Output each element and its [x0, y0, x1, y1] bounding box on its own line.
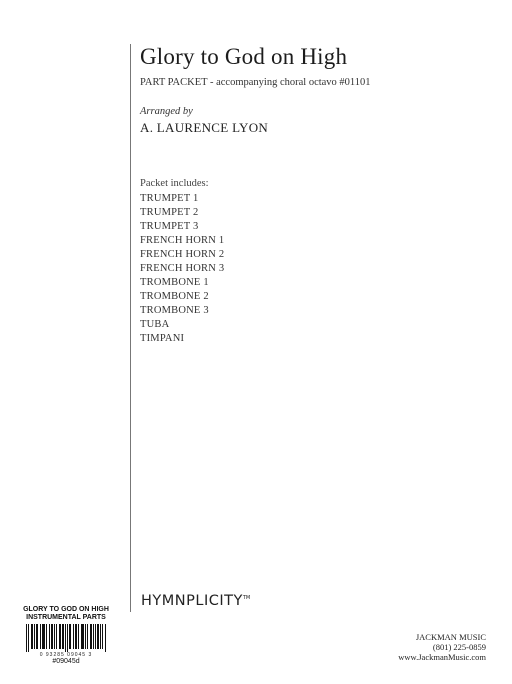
list-item: TROMBONE 1 [140, 276, 224, 290]
page-title: Glory to God on High [140, 44, 347, 70]
list-item: TRUMPET 1 [140, 192, 224, 206]
barcode-icon [26, 624, 106, 652]
publisher-name: JACKMAN MUSIC [398, 632, 486, 642]
publisher-phone: (801) 225-0859 [398, 642, 486, 652]
publisher-website: www.JackmanMusic.com [398, 652, 486, 662]
arranger-name: A. LAURENCE LYON [140, 120, 268, 136]
list-item: TUBA [140, 318, 224, 332]
trademark-mark: TM [243, 595, 250, 601]
margin-rule [130, 44, 131, 612]
list-item: TROMBONE 2 [140, 290, 224, 304]
arranged-by-label: Arranged by [140, 106, 193, 117]
list-item: TROMBONE 3 [140, 304, 224, 318]
list-item: TIMPANI [140, 332, 224, 346]
list-item: FRENCH HORN 1 [140, 234, 224, 248]
list-item: FRENCH HORN 3 [140, 262, 224, 276]
list-item: FRENCH HORN 2 [140, 248, 224, 262]
packet-includes-label: Packet includes: [140, 178, 209, 189]
list-item: TRUMPET 2 [140, 206, 224, 220]
subtitle: PART PACKET - accompanying choral octavo… [140, 77, 371, 88]
brand-logo: HYMNPLICITYTM [141, 593, 250, 609]
brand-name: HYMNPLICITY [141, 593, 243, 609]
publisher-info: JACKMAN MUSIC (801) 225-0859 www.Jackman… [398, 632, 486, 662]
barcode-title-line2: INSTRUMENTAL PARTS [14, 614, 118, 622]
parts-list: TRUMPET 1 TRUMPET 2 TRUMPET 3 FRENCH HOR… [140, 192, 224, 346]
list-item: TRUMPET 3 [140, 220, 224, 234]
barcode-title-line1: GLORY TO GOD ON HIGH [14, 606, 118, 614]
product-code: #09045d [14, 658, 118, 666]
barcode-label: GLORY TO GOD ON HIGH INSTRUMENTAL PARTS … [14, 606, 118, 666]
